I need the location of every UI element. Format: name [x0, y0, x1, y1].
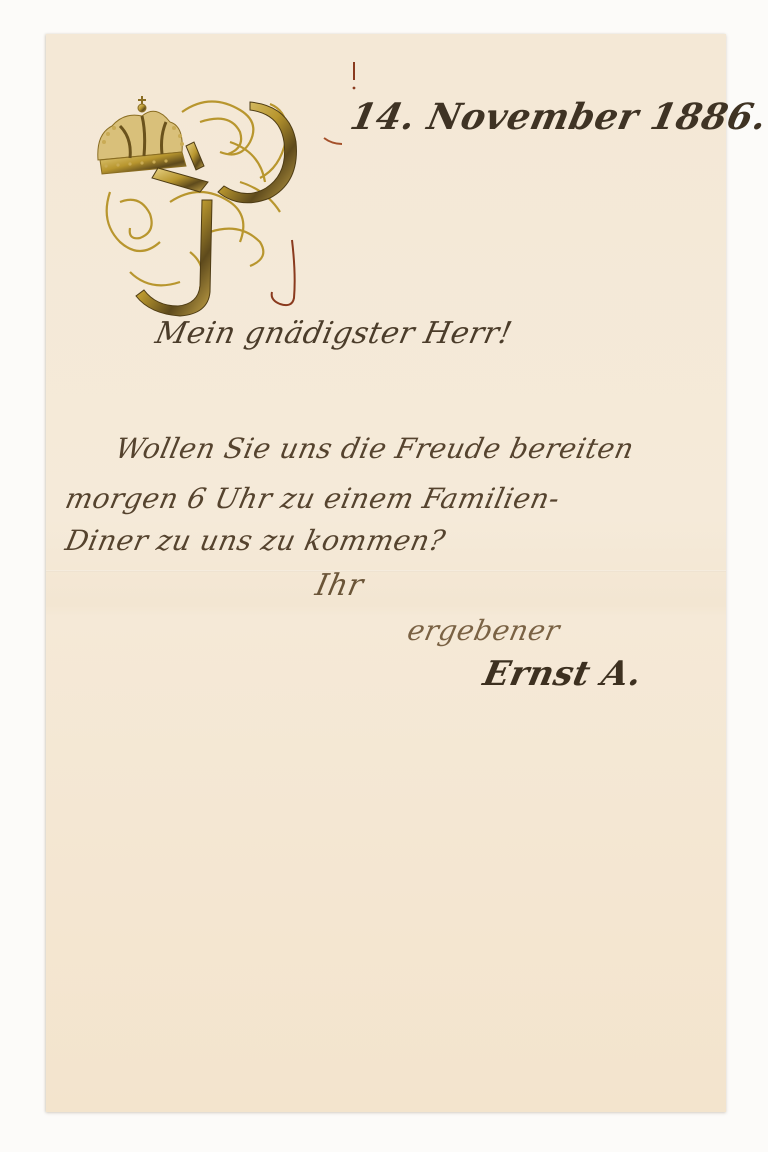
letter-closing: Ihr — [312, 568, 366, 603]
letter-closing: ergebener — [404, 614, 562, 647]
letter-sheet: 14. November 1886. Mein gnädigster Herr!… — [46, 34, 726, 1112]
pencil-mark-bracket — [256, 234, 306, 314]
pencil-mark — [346, 58, 376, 98]
pencil-mark-dash — [322, 134, 346, 150]
fold-crease — [46, 570, 726, 572]
letter-signature: Ernst A. — [480, 654, 646, 694]
photo-background: 14. November 1886. Mein gnädigster Herr!… — [0, 0, 768, 1152]
letter-body-line: morgen 6 Uhr zu einem Familien- — [62, 482, 562, 515]
letter-greeting: Mein gnädigster Herr! — [152, 316, 515, 351]
letter-body-line: Wollen Sie uns die Freude bereiten — [112, 432, 637, 465]
letter-body-line: Diner zu uns zu kommen? — [62, 524, 448, 557]
letter-date: 14. November 1886. — [347, 96, 768, 138]
